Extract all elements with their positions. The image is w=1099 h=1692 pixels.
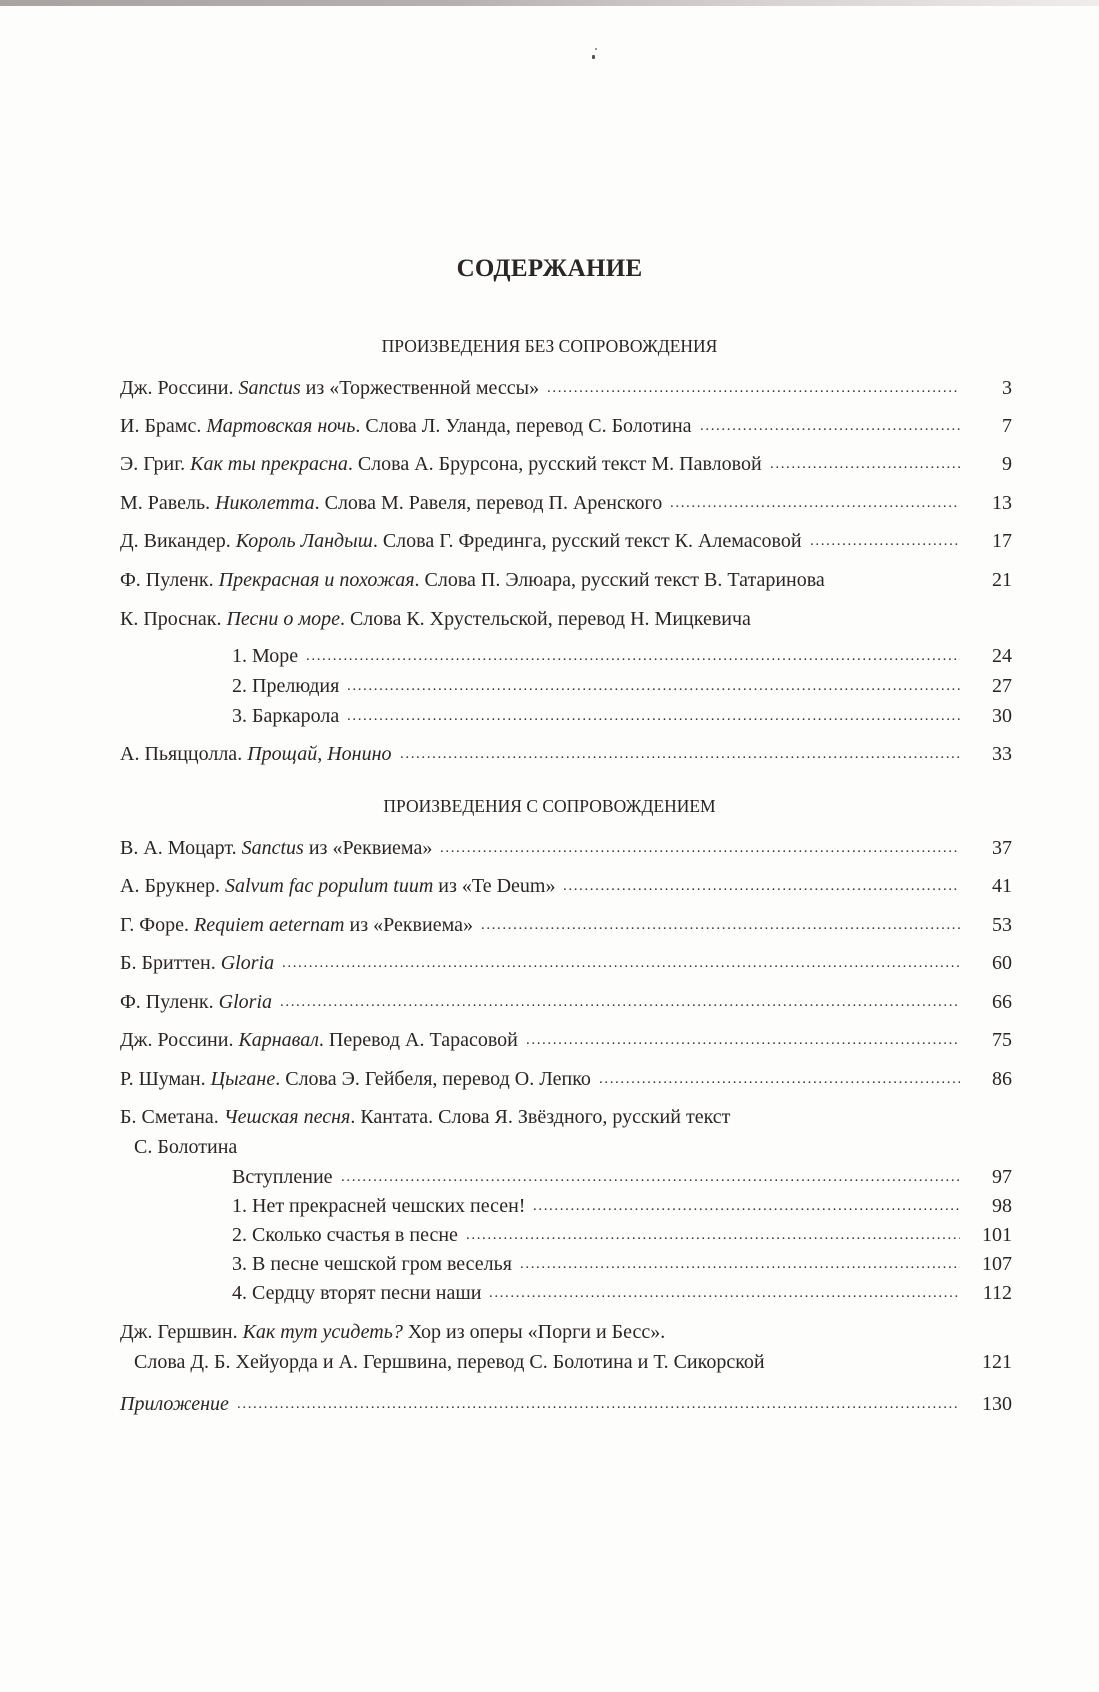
toc-entry[interactable]: И. Брамс. Мартовская ночь. Слова Л. Улан… [120, 413, 1020, 439]
page-number: 30 [972, 703, 1012, 729]
toc-entry[interactable]: 3. В песне чешской гром веселья.........… [120, 1251, 1020, 1277]
toc-entry[interactable]: В. А. Моцарт. Sanctus из «Реквиема».....… [120, 835, 1020, 861]
dot-leader: ........................................… [400, 741, 960, 767]
work-title: Прекрасная и похожая [219, 569, 415, 591]
toc-entry[interactable]: 1. Море.................................… [120, 643, 1020, 669]
entry-text: А. Пьяццолла. Прощай, Нонино [120, 741, 392, 767]
dot-leader: ........................................… [670, 490, 960, 516]
toc-entry[interactable]: Э. Григ. Как ты прекрасна. Слова А. Брур… [120, 451, 1020, 477]
toc-entry[interactable]: Ф. Пуленк. Gloria.......................… [120, 989, 1020, 1015]
page-number: 3 [972, 375, 1012, 401]
page-number: 86 [972, 1066, 1012, 1092]
page-number: 21 [972, 567, 1012, 593]
entry-text: Г. Форе. Requiem aeternam из «Реквиема» [120, 912, 473, 938]
work-title: Чешская песня [224, 1106, 351, 1128]
entry-text: 2. Сколько счастья в песне [232, 1222, 458, 1248]
entry-text: И. Брамс. Мартовская ночь. Слова Л. Улан… [120, 413, 692, 439]
toc-entry[interactable]: А. Пьяццолла. Прощай, Нонино............… [120, 741, 1020, 767]
page-number: 53 [972, 912, 1012, 938]
dot-leader: ........................................… [599, 1066, 960, 1092]
toc-entry[interactable]: 2. Прелюдия.............................… [120, 673, 1020, 699]
toc-entry[interactable]: Дж. Россини. Sanctus из «Торжественной м… [120, 375, 1020, 401]
work-title: Salvum fac populum tuum [225, 875, 433, 897]
appendix-label: Приложение [120, 1393, 229, 1415]
dot-leader: ........................................… [533, 1193, 960, 1219]
dot-leader: ........................................… [563, 873, 960, 899]
entry-text: М. Равель. Николетта. Слова М. Равеля, п… [120, 490, 662, 516]
dot-leader: ........................................… [526, 1027, 960, 1053]
work-title: Sanctus [242, 837, 304, 859]
entry-text: Слова Д. Б. Хейуорда и А. Гершвина, пере… [134, 1349, 765, 1375]
entry-text: Ф. Пуленк. Gloria [120, 989, 272, 1015]
work-title: Как тут усидеть? [243, 1321, 403, 1343]
entry-text: Дж. Россини. Карнавал. Перевод А. Тарасо… [120, 1027, 518, 1053]
dot-leader: ........................................… [810, 528, 960, 554]
toc-entry[interactable]: К. Проснак. Песни о море. Слова К. Хруст… [120, 606, 1020, 632]
toc-entry[interactable]: 2. Сколько счастья в песне..............… [120, 1222, 1020, 1248]
dot-leader: ........................................… [440, 835, 960, 861]
work-title: Как ты прекрасна [190, 453, 348, 475]
dot-leader: ........................................… [237, 1391, 960, 1417]
page-number: 60 [972, 950, 1012, 976]
page-number: 9 [972, 451, 1012, 477]
toc-entry[interactable]: Приложение..............................… [120, 1391, 1020, 1417]
entry-text: Б. Сметана. Чешская песня. Кантата. Слов… [120, 1104, 730, 1130]
dot-leader: ........................................… [341, 1164, 960, 1190]
page-number: 98 [972, 1193, 1012, 1219]
page-number: 75 [972, 1027, 1012, 1053]
section-heading: ПРОИЗВЕДЕНИЯ БЕЗ СОПРОВОЖДЕНИЯ [0, 336, 1099, 357]
entry-text: 3. В песне чешской гром веселья [232, 1251, 512, 1277]
entry-text: Р. Шуман. Цыгане. Слова Э. Гейбеля, пере… [120, 1066, 591, 1092]
toc-entry[interactable]: 1. Нет прекрасней чешских песен!........… [120, 1193, 1020, 1219]
entry-text: К. Проснак. Песни о море. Слова К. Хруст… [120, 606, 751, 632]
work-title: Gloria [219, 991, 272, 1013]
page-number: 33 [972, 741, 1012, 767]
page-number: 97 [972, 1164, 1012, 1190]
toc-entry[interactable]: С. Болотина [120, 1134, 1020, 1160]
entry-text: Приложение [120, 1391, 229, 1417]
page-number: 66 [972, 989, 1012, 1015]
work-title: Король Ландыш [236, 530, 373, 552]
dot-leader: ........................................… [520, 1251, 960, 1277]
dot-leader: ........................................… [700, 413, 960, 439]
toc-entry[interactable]: Д. Викандер. Король Ландыш. Слова Г. Фре… [120, 528, 1020, 554]
dot-leader: ........................................… [347, 703, 960, 729]
toc-entry[interactable]: Р. Шуман. Цыгане. Слова Э. Гейбеля, пере… [120, 1066, 1020, 1092]
entry-text: В. А. Моцарт. Sanctus из «Реквиема» [120, 835, 432, 861]
scan-top-edge [0, 0, 1099, 6]
page-number: 27 [972, 673, 1012, 699]
entry-text: 2. Прелюдия [232, 673, 339, 699]
dot-leader: ........................................… [280, 989, 960, 1015]
toc-entry[interactable]: 4. Сердцу вторят песни наши.............… [120, 1280, 1020, 1306]
work-title: Песни о море [226, 608, 340, 630]
entry-text: 1. Нет прекрасней чешских песен! [232, 1193, 525, 1219]
toc-entry[interactable]: Слова Д. Б. Хейуорда и А. Гершвина, пере… [120, 1349, 1020, 1375]
dot-leader: ........................................… [489, 1280, 960, 1306]
entry-text: Ф. Пуленк. Прекрасная и похожая. Слова П… [120, 567, 825, 593]
entry-text: А. Брукнер. Salvum fac populum tuum из «… [120, 873, 555, 899]
work-title: Requiem aeternam [194, 914, 345, 936]
section-heading: ПРОИЗВЕДЕНИЯ С СОПРОВОЖДЕНИЕМ [0, 796, 1099, 817]
entry-text: Б. Бриттен. Gloria [120, 950, 274, 976]
scan-speck [595, 48, 597, 50]
page-number: 112 [972, 1280, 1012, 1306]
page-number: 101 [972, 1222, 1012, 1248]
page-number: 13 [972, 490, 1012, 516]
entry-text: 1. Море [232, 643, 298, 669]
entry-text: С. Болотина [134, 1134, 237, 1160]
toc-entry[interactable]: Дж. Россини. Карнавал. Перевод А. Тарасо… [120, 1027, 1020, 1053]
work-title: Мартовская ночь [206, 415, 355, 437]
page-number: 121 [972, 1349, 1012, 1375]
work-title: Николетта [215, 492, 315, 514]
page-number: 24 [972, 643, 1012, 669]
entry-text: Вступление [232, 1164, 333, 1190]
toc-entry[interactable]: 3. Баркарола............................… [120, 703, 1020, 729]
toc-entry[interactable]: М. Равель. Николетта. Слова М. Равеля, п… [120, 490, 1020, 516]
page-number: 17 [972, 528, 1012, 554]
work-title: Gloria [221, 952, 274, 974]
entry-text: Дж. Россини. Sanctus из «Торжественной м… [120, 375, 539, 401]
toc-entry[interactable]: Вступление..............................… [120, 1164, 1020, 1190]
entry-text: Э. Григ. Как ты прекрасна. Слова А. Брур… [120, 451, 762, 477]
dot-leader: ........................................… [347, 673, 960, 699]
page-number: 130 [972, 1391, 1012, 1417]
work-title: Sanctus [238, 377, 300, 399]
toc-entry[interactable]: Б. Сметана. Чешская песня. Кантата. Слов… [120, 1104, 1020, 1130]
dot-leader: ........................................… [306, 643, 960, 669]
entry-text: Д. Викандер. Король Ландыш. Слова Г. Фре… [120, 528, 802, 554]
page-number: 37 [972, 835, 1012, 861]
page-number: 107 [972, 1251, 1012, 1277]
entry-text: 4. Сердцу вторят песни наши [232, 1280, 481, 1306]
dot-leader: ........................................… [770, 451, 960, 477]
toc-entry[interactable]: Ф. Пуленк. Прекрасная и похожая. Слова П… [120, 567, 1020, 593]
dot-leader: ........................................… [481, 912, 960, 938]
toc-entry[interactable]: А. Брукнер. Salvum fac populum tuum из «… [120, 873, 1020, 899]
toc-entry[interactable]: Г. Форе. Requiem aeternam из «Реквиема».… [120, 912, 1020, 938]
work-title: Цыгане [211, 1068, 276, 1090]
toc-entry[interactable]: Дж. Гершвин. Как тут усидеть? Хор из опе… [120, 1319, 1020, 1345]
dot-leader: ........................................… [466, 1222, 960, 1248]
work-title: Прощай, Нонино [247, 743, 391, 765]
dot-leader: ........................................… [282, 950, 960, 976]
page-number: 41 [972, 873, 1012, 899]
toc-entry[interactable]: Б. Бриттен. Gloria......................… [120, 950, 1020, 976]
page-title: СОДЕРЖАНИЕ [0, 255, 1099, 283]
scan-speck [592, 55, 595, 59]
page-number: 7 [972, 413, 1012, 439]
entry-text: 3. Баркарола [232, 703, 339, 729]
entry-text: Дж. Гершвин. Как тут усидеть? Хор из опе… [120, 1319, 665, 1345]
dot-leader: ........................................… [547, 375, 960, 401]
work-title: Карнавал [238, 1029, 318, 1051]
